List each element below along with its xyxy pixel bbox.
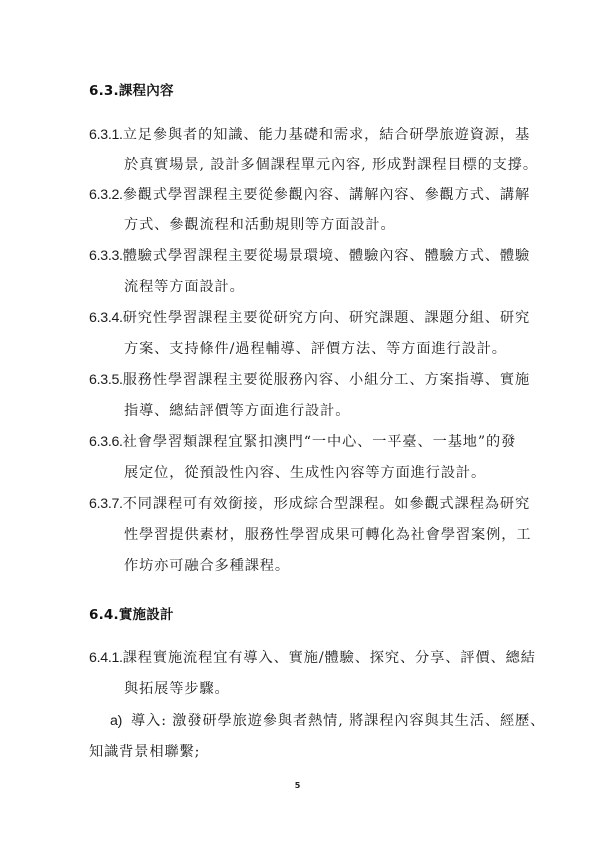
page-number: 5 xyxy=(0,781,595,790)
item-6-3-2-line-2: 方式、參觀流程和活動規則等方面設計。 xyxy=(124,214,396,234)
item-6-3-7-line-2: 性學習提供素材，服務性學習成果可轉化為社會學習案例，工 xyxy=(124,524,531,544)
item-6-3-3-line-1: 6.3.3.體驗式學習課程主要從場景環境、體驗內容、體驗方式、體驗 xyxy=(89,245,530,265)
item-6-3-7-line-3: 作坊亦可融合多種課程。 xyxy=(124,555,290,575)
subitem-a-line-2: 知識背景相聯繫; xyxy=(89,741,200,761)
document-page: 6.3.課程內容 6.3.1.立足參與者的知識、能力基礎和需求，結合研學旅遊資源… xyxy=(0,0,595,841)
item-6-3-2-line-1: 6.3.2.參觀式學習課程主要從參觀內容、講解內容、參觀方式、講解 xyxy=(89,184,530,204)
subitem-label: a) xyxy=(110,713,122,729)
item-6-3-4-line-1: 6.3.4.研究性學習課程主要從研究方向、研究課題、課題分組、研究 xyxy=(89,307,530,327)
item-number: 6.3.1. xyxy=(89,127,123,143)
item-text: 體驗式學習課程主要從場景環境、體驗內容、體驗方式、體驗 xyxy=(123,248,530,264)
item-text: 課程實施流程宜有導入、實施/體驗、探究、分享、評價、總結 xyxy=(123,650,536,666)
item-6-3-4-line-2: 方案、支持條件/過程輔導、評價方法、等方面進行設計。 xyxy=(124,338,507,358)
item-text: 研究性學習課程主要從研究方向、研究課題、課題分組、研究 xyxy=(123,310,530,326)
item-6-3-6-line-2: 展定位，從預設性內容、生成性內容等方面進行設計。 xyxy=(124,462,486,482)
item-6-4-1-line-1: 6.4.1.課程實施流程宜有導入、實施/體驗、探究、分享、評價、總結 xyxy=(89,647,536,667)
item-6-3-7-line-1: 6.3.7.不同課程可有效銜接，形成綜合型課程。如參觀式課程為研究 xyxy=(89,493,530,513)
item-6-3-5-line-2: 指導、總結評價等方面進行設計。 xyxy=(124,400,350,420)
item-text: 社會學習類課程宜緊扣澳門“一中心、一平臺、一基地”的發 xyxy=(123,434,517,450)
item-number: 6.3.6. xyxy=(89,434,123,450)
item-6-4-1-line-2: 與拓展等步驟。 xyxy=(124,678,230,698)
item-number: 6.3.4. xyxy=(89,310,123,326)
item-6-3-6-line-1: 6.3.6.社會學習類課程宜緊扣澳門“一中心、一平臺、一基地”的發 xyxy=(89,431,516,451)
item-number: 6.4.1. xyxy=(89,650,123,666)
subitem-a-line-1: a)導入: 激發研學旅遊參與者熱情, 將課程內容與其生活、經歷、 xyxy=(110,710,545,730)
section-heading-6-4: 6.4.實施設計 xyxy=(89,603,174,623)
item-text: 不同課程可有效銜接，形成綜合型課程。如參觀式課程為研究 xyxy=(123,496,530,512)
item-6-3-1-line-1: 6.3.1.立足參與者的知識、能力基礎和需求，結合研學旅遊資源，基 xyxy=(89,124,530,144)
item-text: 立足參與者的知識、能力基礎和需求，結合研學旅遊資源，基 xyxy=(123,127,530,143)
item-6-3-5-line-1: 6.3.5.服務性學習課程主要從服務內容、小組分工、方案指導、實施 xyxy=(89,369,530,389)
section-heading-6-3: 6.3.課程內容 xyxy=(89,79,174,99)
item-number: 6.3.2. xyxy=(89,187,123,203)
item-number: 6.3.5. xyxy=(89,372,123,388)
item-6-3-1-line-2: 於真實場景, 設計多個課程單元內容, 形成對課程目標的支撐。 xyxy=(124,154,538,174)
item-6-3-3-line-2: 流程等方面設計。 xyxy=(124,276,245,296)
subitem-text: 導入: 激發研學旅遊參與者熱情, 將課程內容與其生活、經歷、 xyxy=(131,713,545,729)
item-text: 參觀式學習課程主要從參觀內容、講解內容、參觀方式、講解 xyxy=(123,187,530,203)
item-number: 6.3.3. xyxy=(89,248,123,264)
item-number: 6.3.7. xyxy=(89,496,123,512)
item-text: 服務性學習課程主要從服務內容、小組分工、方案指導、實施 xyxy=(123,372,530,388)
